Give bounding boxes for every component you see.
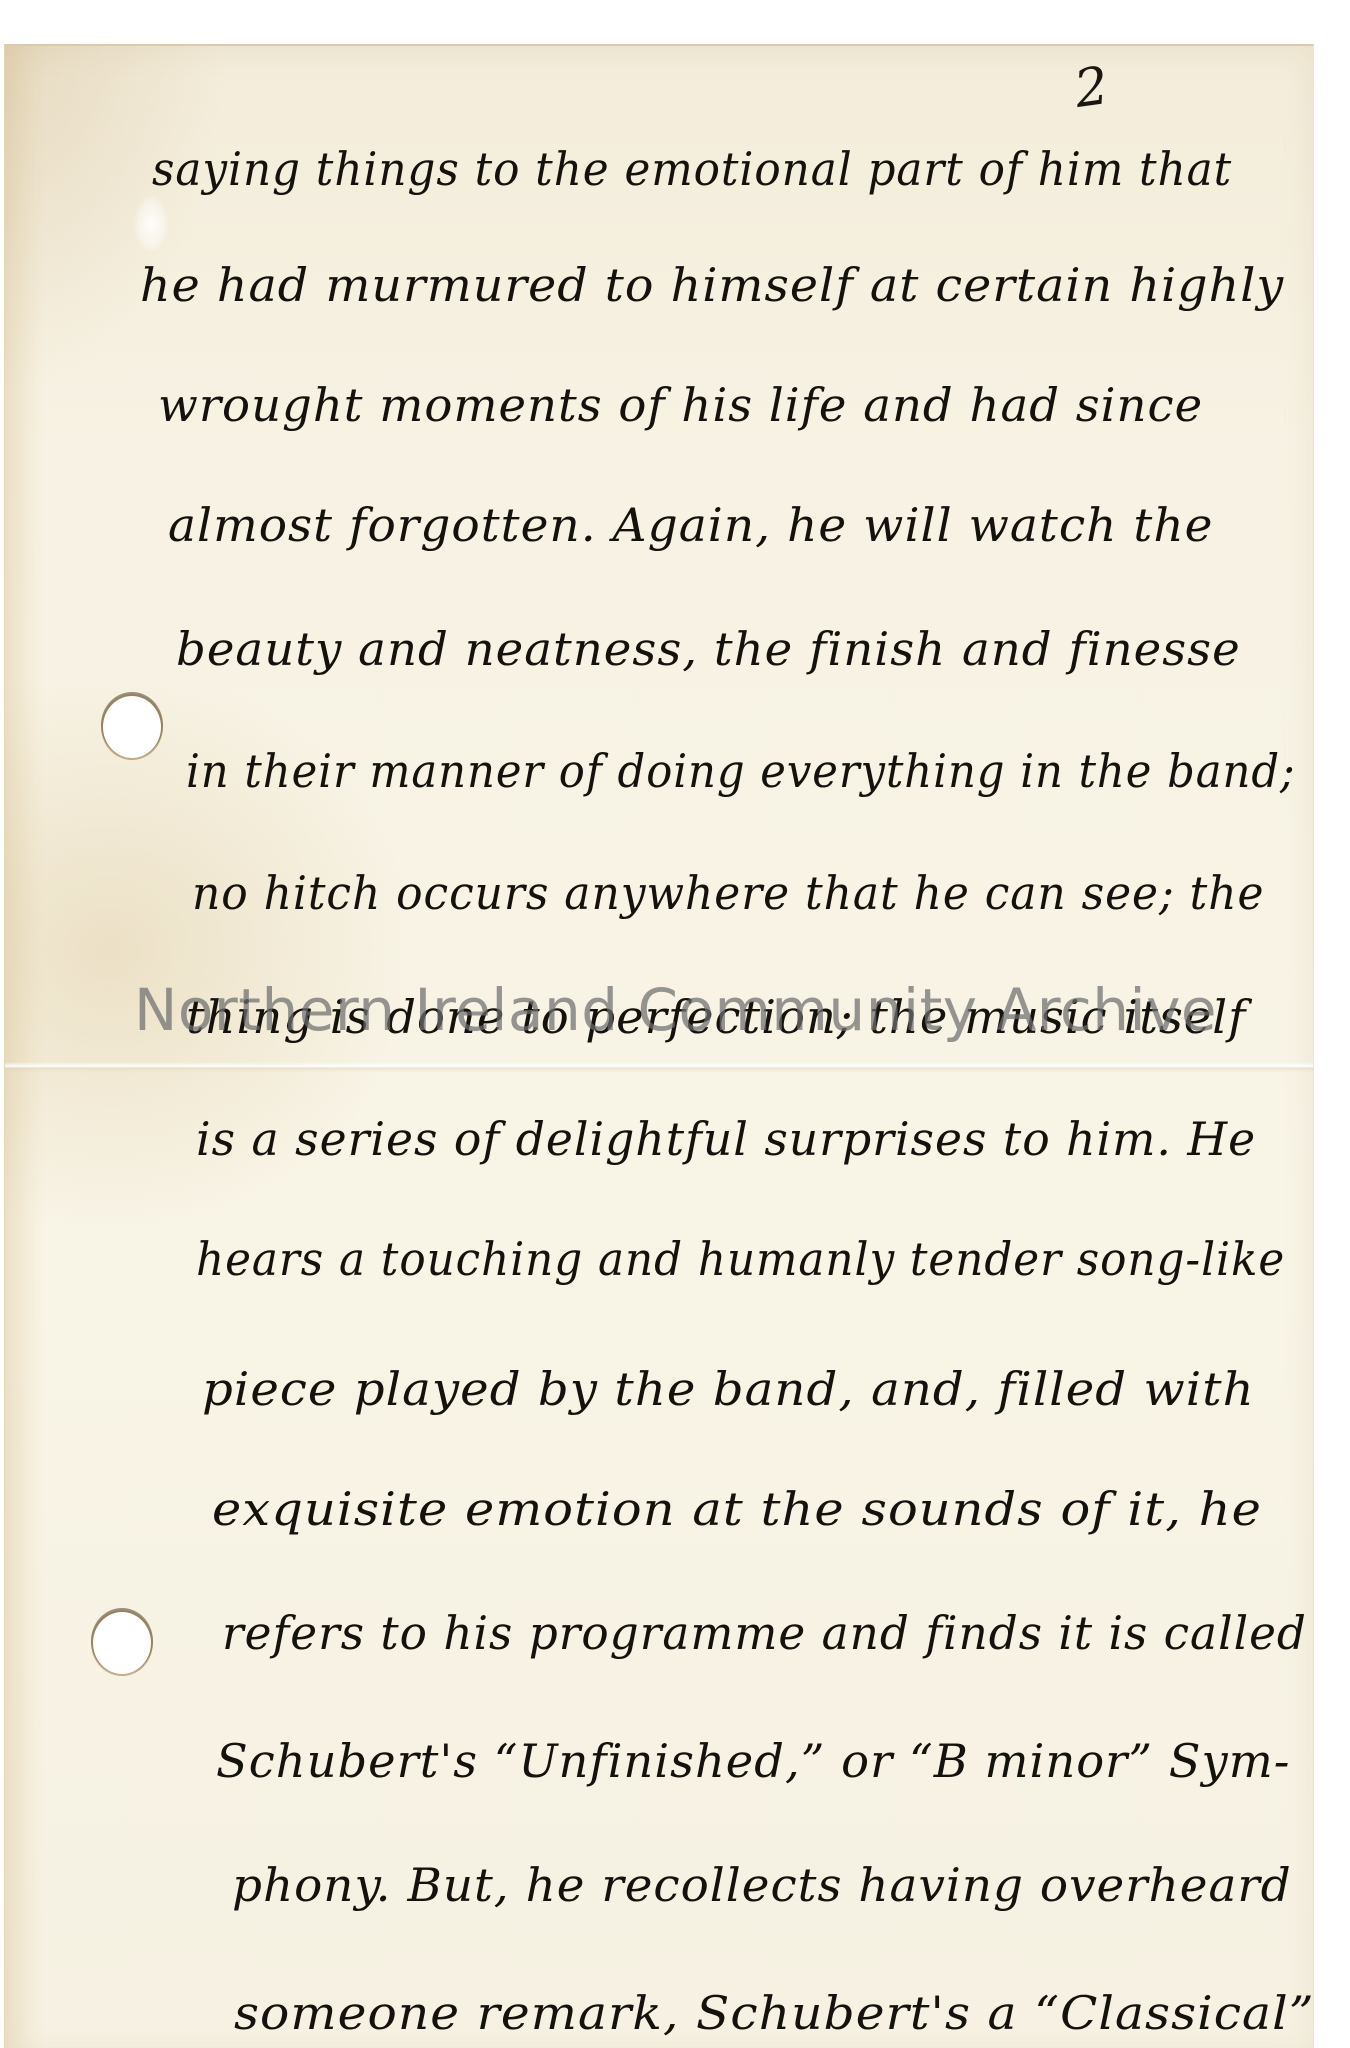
text-line: almost forgotten. Again, he will watch t… — [168, 498, 1213, 552]
punch-hole-bottom — [93, 1612, 151, 1674]
text-line: is a series of delightful surprises to h… — [196, 1112, 1256, 1166]
fold-crease — [5, 1062, 1313, 1072]
text-line: hears a touching and humanly tender song… — [196, 1232, 1285, 1286]
text-line: saying things to the emotional part of h… — [152, 142, 1232, 196]
punch-hole-top — [103, 696, 161, 758]
text-line: no hitch occurs anywhere that he can see… — [192, 866, 1264, 920]
text-line: in their manner of doing everything in t… — [186, 744, 1296, 798]
paper-stain — [133, 194, 169, 254]
text-line: wrought moments of his life and had sinc… — [158, 378, 1203, 432]
text-line: he had murmured to himself at certain hi… — [140, 258, 1284, 312]
text-line: thing is done to perfection; the music i… — [186, 990, 1246, 1044]
text-line: beauty and neatness, the finish and fine… — [176, 622, 1241, 676]
text-line: exquisite emotion at the sounds of it, h… — [212, 1482, 1262, 1536]
text-line: Schubert's “Unfinished,” or “B minor” Sy… — [216, 1734, 1290, 1788]
text-line: refers to his programme and finds it is … — [222, 1606, 1307, 1660]
text-line: piece played by the band, and, filled wi… — [202, 1362, 1255, 1416]
text-line: someone remark, Schubert's a “Classical” — [234, 1986, 1315, 2040]
text-line: phony. But, he recollects having overhea… — [232, 1858, 1292, 1912]
